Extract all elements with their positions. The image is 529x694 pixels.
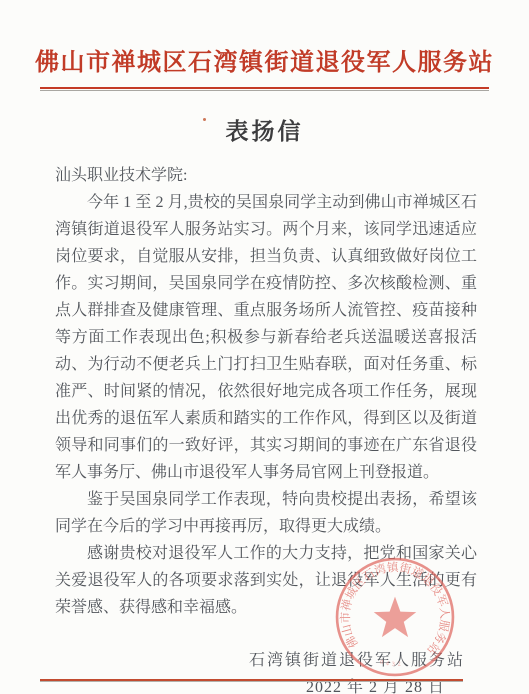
signature-block: 石湾镇街道退役军人服务站 2022 年 2 月 28 日: [0, 647, 529, 694]
letterhead-rule-red: [40, 87, 489, 89]
letterhead-rule: [40, 87, 489, 91]
paragraph-3: 感谢贵校对退役军人工作的大力支持，把党和国家关心关爱退役军人的各项要求落到实处，…: [55, 540, 477, 621]
letter-title: 表扬信: [0, 113, 529, 146]
scan-speck: [203, 118, 206, 121]
signature-date: 2022 年 2 月 28 日: [0, 674, 445, 694]
footer-rule-gray: [40, 681, 463, 682]
signature-org: 石湾镇街道退役军人服务站: [0, 647, 465, 674]
letter-body: 汕头职业技术学院: 今年 1 至 2 月,贵校的吴国泉同学主动到佛山市禅城区石湾…: [55, 162, 477, 621]
letterhead-org-name: 佛山市禅城区石湾镇街道退役军人服务站: [0, 42, 529, 77]
footer-rule: [40, 679, 463, 682]
letter-page: 佛山市禅城区石湾镇街道退役军人服务站 表扬信 汕头职业技术学院: 今年 1 至 …: [0, 0, 529, 694]
salutation: 汕头职业技术学院:: [55, 162, 477, 189]
letterhead-rule-gray: [40, 90, 489, 91]
paragraph-1: 今年 1 至 2 月,贵校的吴国泉同学主动到佛山市禅城区石湾镇街道退役军人服务站…: [55, 189, 477, 486]
paragraph-2: 鉴于吴国泉同学工作表现，特向贵校提出表扬，希望该同学在今后的学习中再接再厉，取得…: [55, 486, 477, 540]
